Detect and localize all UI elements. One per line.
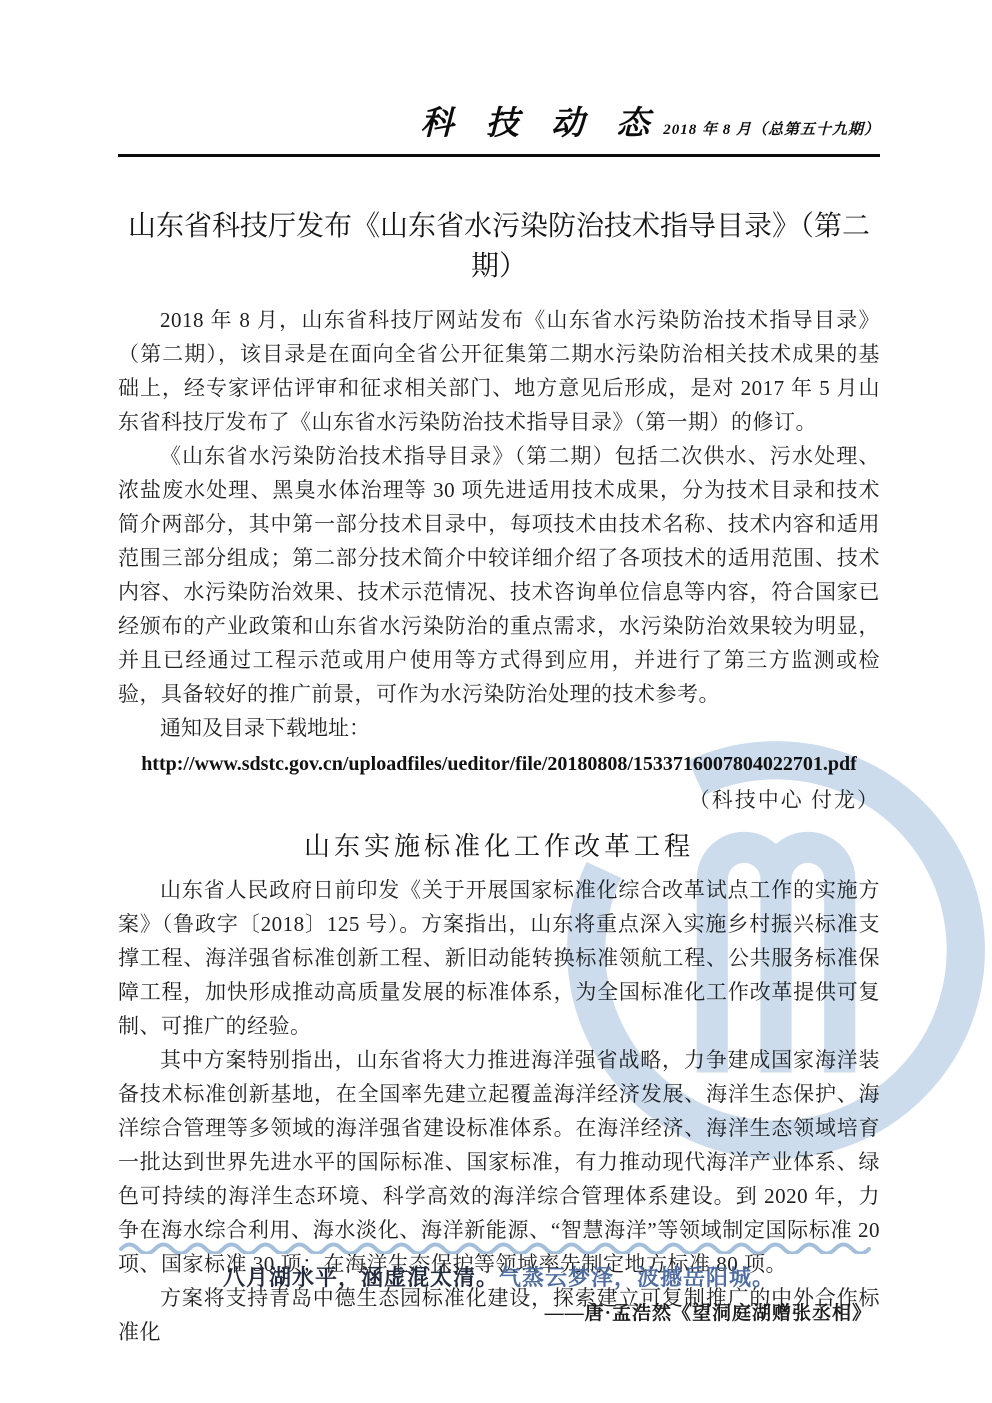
page-content: 科 技 动 态 2018 年 8 月（总第五十九期） 山东省科技厅发布《山东省水…	[118, 0, 880, 1349]
wave-divider-icon	[118, 1240, 880, 1254]
article2-paragraph-1: 山东省人民政府日前印发《关于开展国家标准化综合改革试点工作的实施方案》（鲁政字〔…	[118, 873, 880, 1043]
article2-title: 山东实施标准化工作改革工程	[118, 827, 880, 867]
poem-second-half: 气蒸云梦泽，波撼岳阳城。	[499, 1265, 775, 1290]
masthead-issue: 2018 年 8 月（总第五十九期）	[663, 118, 880, 139]
article1-title: 山东省科技厅发布《山东省水污染防治技术指导目录》（第二期）	[118, 207, 880, 287]
poem-line: 八月湖水平，涵虚混太清。气蒸云梦泽，波撼岳阳城。	[118, 1260, 880, 1296]
download-url-link[interactable]: http://www.sdstc.gov.cn/uploadfiles/uedi…	[118, 745, 880, 783]
newsletter-page: 科 技 动 态 2018 年 8 月（总第五十九期） 山东省科技厅发布《山东省水…	[0, 0, 992, 1403]
poem-first-half: 八月湖水平，涵虚混太清。	[223, 1265, 499, 1290]
download-address-label: 通知及目录下载地址：	[118, 711, 880, 745]
poem-attribution: ——唐·孟浩然《望洞庭湖赠张丞相》	[118, 1298, 872, 1330]
page-footer: 八月湖水平，涵虚混太清。气蒸云梦泽，波撼岳阳城。 ——唐·孟浩然《望洞庭湖赠张丞…	[118, 1240, 880, 1330]
article1-paragraph-1: 2018 年 8 月，山东省科技厅网站发布《山东省水污染防治技术指导目录》（第二…	[118, 303, 880, 439]
article1-byline: （科技中心 付龙）	[118, 783, 880, 817]
masthead-title: 科 技 动 态	[420, 97, 661, 144]
masthead: 科 技 动 态 2018 年 8 月（总第五十九期）	[118, 0, 880, 157]
article1-paragraph-2: 《山东省水污染防治技术指导目录》（第二期）包括二次供水、污水处理、浓盐废水处理、…	[118, 439, 880, 711]
